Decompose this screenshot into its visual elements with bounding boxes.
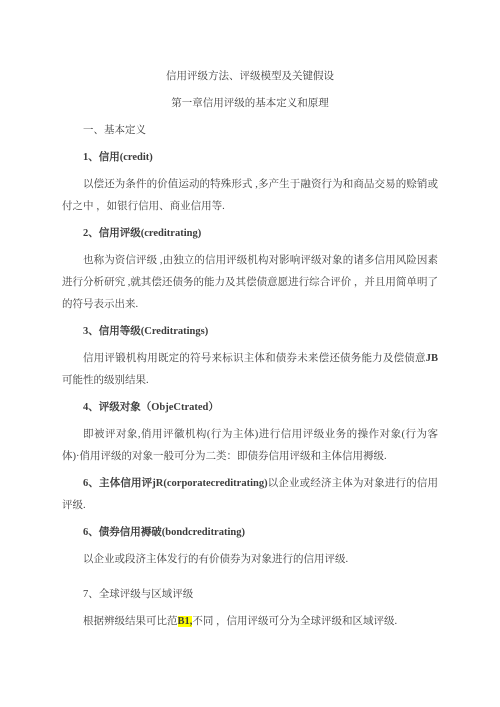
item-5-heading: 6、主体信用评jR(corporatecreditrating)	[83, 478, 268, 489]
item-7-body-text-after: 不同 ，信用评级可分为全球评级和区域评级.	[192, 616, 397, 627]
item-7-heading: 7、全球评级与区域评级	[62, 584, 438, 606]
section-heading: 一、基本定义	[62, 120, 438, 142]
item-7-body: 根据辨级结果可比范B1,不同 ，信用评级可分为全球评级和区域评级.	[62, 611, 438, 633]
chapter-heading: 第一章信用评级的基本定义和原理	[62, 93, 438, 115]
item-2-heading: 2、信用评级(creditrating)	[62, 223, 438, 245]
item-3-body-text-after: 可能性的级别结果.	[62, 375, 149, 386]
item-3-body-bold-text: JB	[426, 353, 438, 364]
item-4-heading: 4、评级对象（ObjeCtrated）	[62, 397, 438, 419]
highlighted-text: B1,	[178, 616, 193, 627]
item-2-body: 也称为资信评级 ,由独立的信用评级机构对影响评级对象的诸多信用风险因素进行分析研…	[62, 250, 438, 316]
item-6-body: 以企业或段济主体发行的有价债券为对象进行的信用评级.	[62, 549, 438, 571]
item-5-paragraph: 6、主体信用评jR(corporatecreditrating)以企业或经济主体…	[62, 473, 438, 517]
item-1-body: 以偿还为条件的价值运动的特殊形式 ,多产生于融资行为和商品交易的赊销或付之中 ，…	[62, 174, 438, 218]
item-4-body: 即被评对象,俏用评徽机构(行为主体)进行信用评级业务的操作对象(行为客体)·俏用…	[62, 424, 438, 468]
item-1-heading: 1、信用(credit)	[62, 147, 438, 169]
item-3-body: 信用评锻机构用既定的符号来标识主体和债券未来偿还债务能力及偿债意JB可能性的级别…	[62, 348, 438, 392]
document-title: 信用评级方法、评级模型及关键假设	[62, 66, 438, 88]
item-3-heading: 3、信用等级(Creditratings)	[62, 321, 438, 343]
item-3-body-text: 信用评锻机构用既定的符号来标识主体和债券未来偿还债务能力及偿债意	[83, 353, 426, 364]
item-6-heading: 6、债券信用褥破(bondcreditrating)	[62, 522, 438, 544]
document-page: 信用评级方法、评级模型及关键假设 第一章信用评级的基本定义和原理 一、基本定义 …	[0, 0, 500, 707]
item-7-body-text: 根据辨级结果可比范	[83, 616, 178, 627]
